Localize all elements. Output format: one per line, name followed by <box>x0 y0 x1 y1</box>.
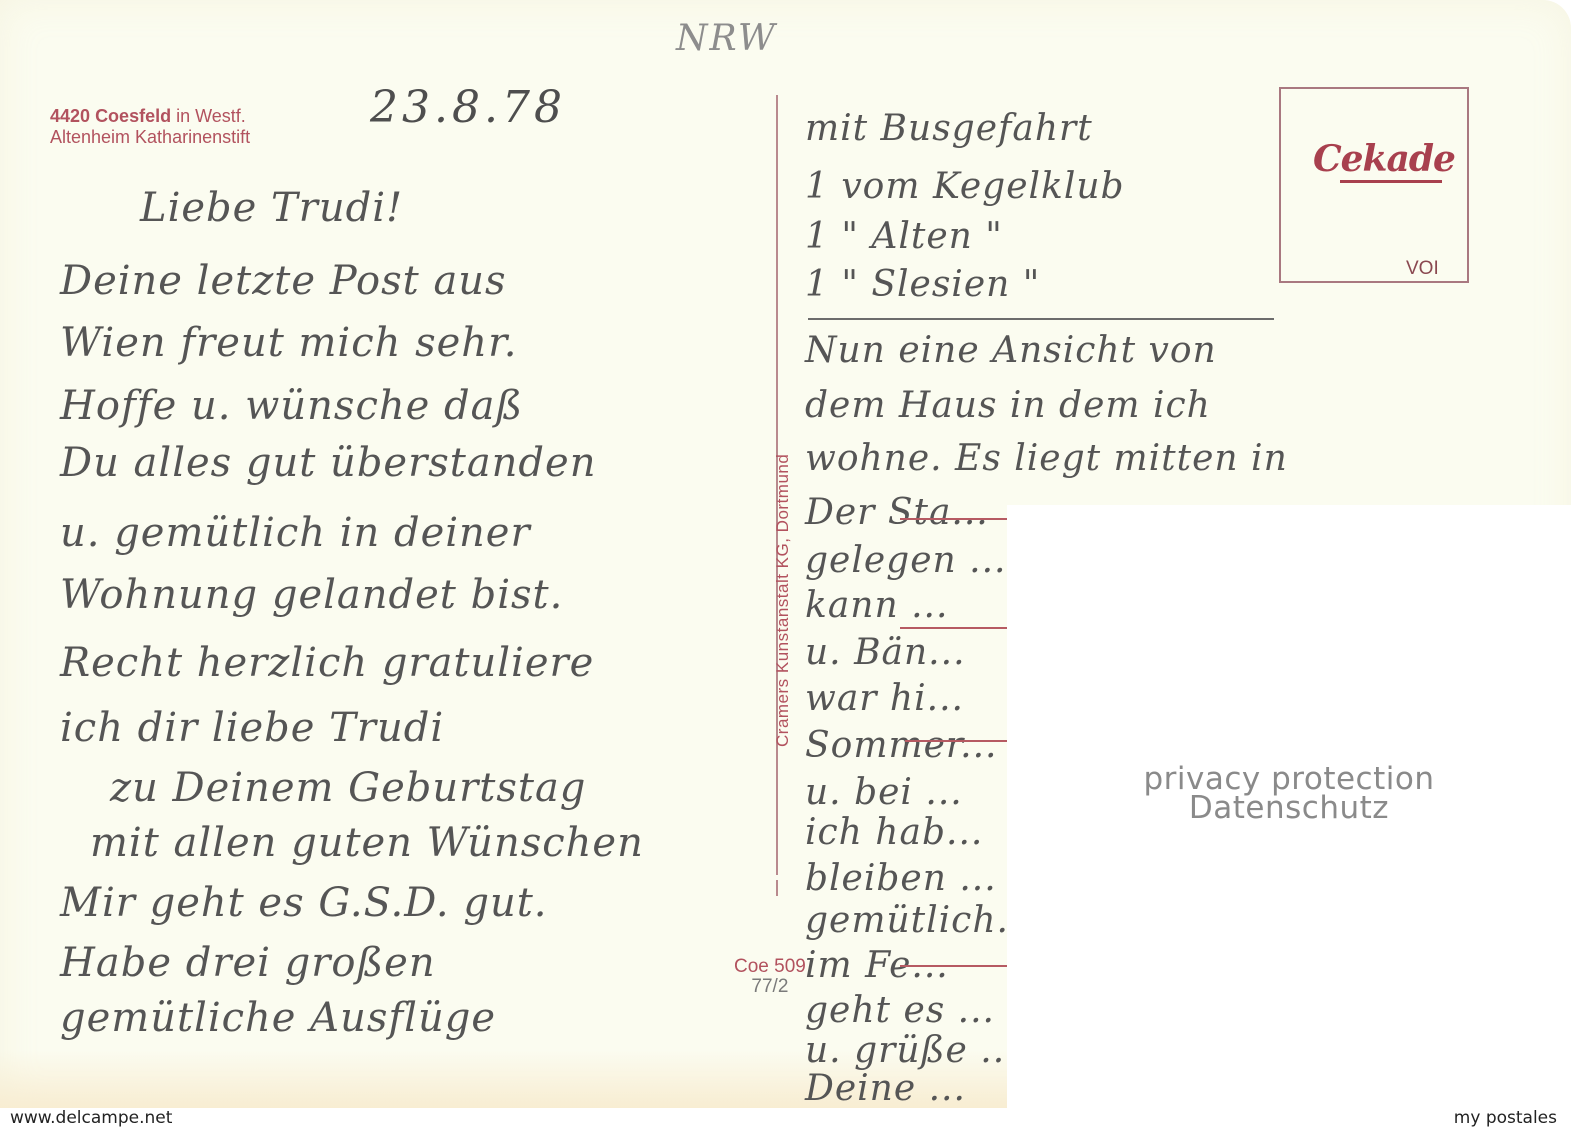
letter-line: Du alles gut überstanden <box>60 440 596 486</box>
right-line: dem Haus in dem ich <box>805 385 1211 426</box>
divider-tick <box>776 880 778 896</box>
address-line <box>900 965 1010 967</box>
print-code: Coe 509 77/2 <box>734 957 806 997</box>
letter-line: Deine letzte Post aus <box>60 258 507 304</box>
letter-salutation: Liebe Trudi! <box>140 185 403 231</box>
right-line: war hi... <box>805 678 964 719</box>
brand-underline <box>1340 180 1442 183</box>
privacy-line-de: Datenschutz <box>1007 794 1571 823</box>
letter-line: zu Deinem Geburtstag <box>110 765 586 811</box>
printed-location: 4420 Coesfeld in Westf. <box>50 106 246 127</box>
handwritten-rule <box>808 318 1274 320</box>
right-line: u. Bän... <box>805 632 966 673</box>
letter-line: Recht herzlich gratuliere <box>60 640 594 686</box>
right-line: ich hab... <box>805 812 983 853</box>
right-line: mit Busgefahrt <box>805 108 1093 149</box>
source-watermark-right: my postales <box>1454 1108 1557 1128</box>
printed-subtitle: Altenheim Katharinenstift <box>50 127 250 148</box>
right-line: 1 vom Kegelklub <box>805 166 1125 207</box>
letter-line: mit allen guten Wünschen <box>90 820 644 866</box>
right-line: Nun eine Ansicht von <box>805 330 1217 371</box>
right-line: wohne. Es liegt mitten in <box>805 438 1288 479</box>
address-line <box>905 740 1010 742</box>
right-line: gelegen ... <box>805 540 1006 581</box>
letter-line: Wien freut mich sehr. <box>60 320 518 366</box>
right-line: Deine ... <box>805 1068 966 1109</box>
source-watermark-left: www.delcampe.net <box>10 1108 172 1128</box>
brand-logo-cekade: Cekade <box>1313 138 1455 180</box>
region: in Westf. <box>176 106 246 126</box>
right-line: bleiben ... <box>805 858 997 899</box>
letter-line: ich dir liebe Trudi <box>60 705 444 751</box>
letter-line: Habe drei großen <box>60 940 436 986</box>
letter-line: Mir geht es G.S.D. gut. <box>60 880 548 926</box>
annotation-nrw: NRW <box>676 18 777 59</box>
right-line: Der Sta... <box>805 492 989 533</box>
right-line: 1 " Slesien " <box>805 264 1040 305</box>
town-name: Coesfeld <box>95 106 171 126</box>
printer-credit: Cramers Kunstanstalt KG, Dortmund <box>773 454 793 747</box>
right-line: Sommer... <box>805 725 998 766</box>
handwritten-date: 23.8.78 <box>370 82 566 133</box>
right-line: kann ... <box>805 585 948 626</box>
letter-line: Hoffe u. wünsche daß <box>60 383 523 429</box>
right-line: 1 " Alten " <box>805 216 1003 257</box>
letter-line: u. gemütlich in deiner <box>60 510 531 556</box>
right-line: u. bei ... <box>805 772 963 813</box>
letter-line: gemütliche Ausflüge <box>60 995 496 1041</box>
privacy-notice: privacy protection Datenschutz <box>1007 765 1571 823</box>
right-line: u. grüße ... <box>805 1030 1018 1071</box>
address-line <box>900 627 1010 629</box>
right-line: gemütlich... <box>805 900 1034 941</box>
print-code-main: Coe 509 <box>734 957 806 977</box>
print-code-sub: 77/2 <box>734 977 806 997</box>
stamp-label: VOI <box>1406 258 1439 280</box>
right-line: geht es ... <box>805 990 995 1031</box>
stamp-box <box>1279 87 1469 283</box>
address-line <box>900 518 1010 520</box>
postcode: 4420 <box>50 106 90 126</box>
letter-line: Wohnung gelandet bist. <box>60 572 563 618</box>
